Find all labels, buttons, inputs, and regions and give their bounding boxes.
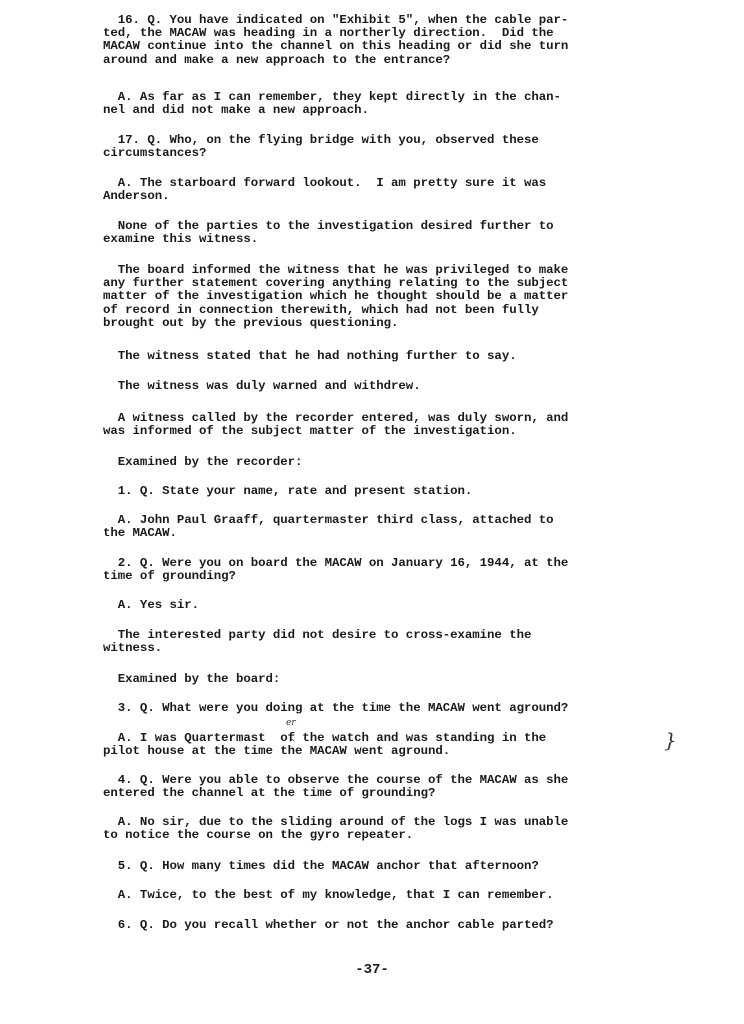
text-line: to notice the course on the gyro repeate…	[103, 829, 663, 842]
text-line: The witness stated that he had nothing f…	[103, 350, 663, 363]
text-line: Examined by the board:	[103, 673, 663, 686]
paragraph: 4. Q. Were you able to observe the cours…	[103, 774, 663, 800]
text-line: was informed of the subject matter of th…	[103, 425, 663, 438]
text-line: 3. Q. What were you doing at the time th…	[103, 702, 663, 715]
text-line: examine this witness.	[103, 233, 663, 246]
paragraph: 5. Q. How many times did the MACAW ancho…	[103, 860, 663, 873]
page-number: -37-	[0, 962, 744, 978]
text-line: around and make a new approach to the en…	[103, 54, 663, 67]
paragraph: A. Twice, to the best of my knowledge, t…	[103, 889, 663, 902]
paragraph: 3. Q. What were you doing at the time th…	[103, 702, 663, 715]
text-line: The interested party did not desire to c…	[103, 629, 663, 642]
text-line: A. Twice, to the best of my knowledge, t…	[103, 889, 663, 902]
text-line: the MACAW.	[103, 527, 663, 540]
text-line: Anderson.	[103, 190, 663, 203]
text-line: A. Yes sir.	[103, 599, 663, 612]
handwritten-insertion: er	[286, 718, 296, 728]
text-line: nel and did not make a new approach.	[103, 104, 663, 117]
paragraph: A. Yes sir.	[103, 599, 663, 612]
text-line: A. John Paul Graaff, quartermaster third…	[103, 514, 663, 527]
document-page: 16. Q. You have indicated on "Exhibit 5"…	[0, 0, 744, 1024]
paragraph: 17. Q. Who, on the flying bridge with yo…	[103, 134, 663, 160]
text-line: 1. Q. State your name, rate and present …	[103, 485, 663, 498]
paragraph: A. The starboard forward lookout. I am p…	[103, 177, 663, 203]
text-line: MACAW continue into the channel on this …	[103, 40, 663, 53]
paragraph: Examined by the board:	[103, 673, 663, 686]
text-line: 6. Q. Do you recall whether or not the a…	[103, 919, 663, 932]
text-line: A. The starboard forward lookout. I am p…	[103, 177, 663, 190]
text-line: Examined by the recorder:	[103, 456, 663, 469]
handwritten-caret: ^	[289, 738, 296, 747]
paragraph: 1. Q. State your name, rate and present …	[103, 485, 663, 498]
paragraph: 2. Q. Were you on board the MACAW on Jan…	[103, 557, 663, 583]
text-line: The witness was duly warned and withdrew…	[103, 380, 663, 393]
paragraph: Examined by the recorder:	[103, 456, 663, 469]
text-line: brought out by the previous questioning.	[103, 317, 663, 330]
margin-mark: }	[664, 728, 677, 752]
paragraph: None of the parties to the investigation…	[103, 220, 663, 246]
paragraph: 16. Q. You have indicated on "Exhibit 5"…	[103, 14, 663, 67]
text-line: 5. Q. How many times did the MACAW ancho…	[103, 860, 663, 873]
text-line: entered the channel at the time of groun…	[103, 787, 663, 800]
text-line: of record in connection therewith, which…	[103, 304, 663, 317]
text-line: witness.	[103, 642, 663, 655]
paragraph: The board informed the witness that he w…	[103, 264, 663, 330]
paragraph: A. As far as I can remember, they kept d…	[103, 91, 663, 117]
paragraph: A. I was Quartermast of the watch and wa…	[103, 732, 663, 758]
text-line: matter of the investigation which he tho…	[103, 290, 663, 303]
paragraph: A. No sir, due to the sliding around of …	[103, 816, 663, 842]
paragraph: The interested party did not desire to c…	[103, 629, 663, 655]
paragraph: The witness stated that he had nothing f…	[103, 350, 663, 363]
paragraph: The witness was duly warned and withdrew…	[103, 380, 663, 393]
paragraph: A witness called by the recorder entered…	[103, 412, 663, 438]
text-line: circumstances?	[103, 147, 663, 160]
text-line: pilot house at the time the MACAW went a…	[103, 745, 663, 758]
paragraph: 6. Q. Do you recall whether or not the a…	[103, 919, 663, 932]
paragraph: A. John Paul Graaff, quartermaster third…	[103, 514, 663, 540]
text-line: time of grounding?	[103, 570, 663, 583]
